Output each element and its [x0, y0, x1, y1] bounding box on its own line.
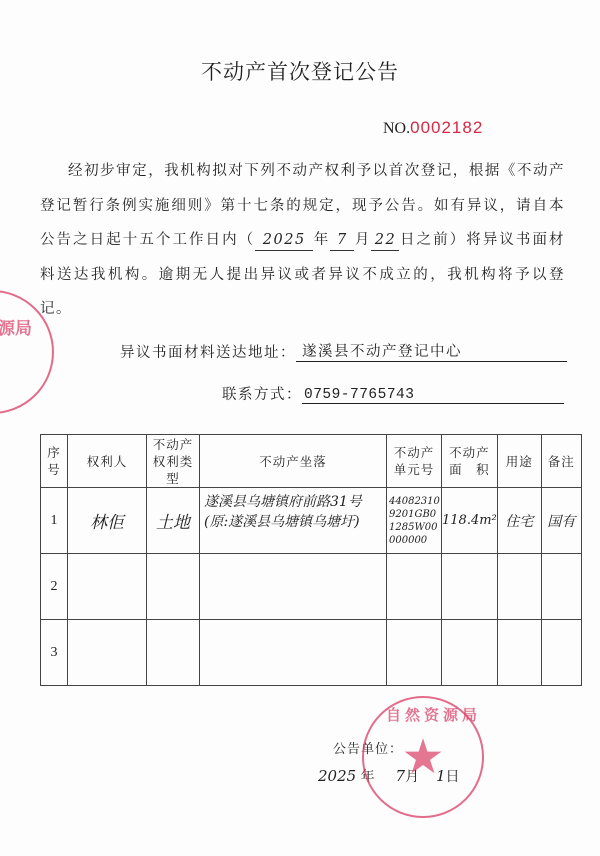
issue-month: 7: [396, 767, 406, 785]
official-seal-bottom: ★ 自然资源局: [362, 696, 484, 818]
cell-remarks: [541, 554, 581, 620]
cell-usage: 住宅: [497, 488, 541, 554]
header-location: 不动产坐落: [200, 435, 387, 488]
header-remarks: 备注: [541, 435, 581, 488]
header-unit-1: 不动产: [394, 445, 435, 460]
objection-address-value: 遂溪县不动产登记中心: [296, 340, 567, 362]
cell-usage: [497, 620, 541, 686]
location-line-2: (原:遂溪县乌塘镇乌塘圩): [200, 512, 386, 532]
month-label: 月: [354, 232, 371, 248]
cell-remarks: [541, 620, 581, 686]
deadline-day: 22: [371, 230, 399, 251]
header-area: 不动产面 积: [442, 435, 498, 488]
contact-label: 联系方式：: [222, 383, 302, 404]
issue-day-label: 日: [446, 769, 460, 785]
serial-value: 0002182: [410, 118, 483, 137]
cell-index: 3: [41, 620, 68, 686]
header-unit-2: 单元号: [394, 462, 435, 477]
header-right-type: 不动产权利类型: [147, 435, 200, 488]
seal-bottom-text: 自然资源局: [386, 704, 481, 725]
header-right-type-1: 不动产: [153, 437, 194, 452]
cell-usage: [497, 554, 541, 620]
cell-index: 1: [41, 488, 68, 554]
cell-holder: 林佢: [68, 488, 147, 554]
table-row: 1 林佢 土地 遂溪县乌塘镇府前路31号 (原:遂溪县乌塘镇乌塘圩) 44082…: [41, 488, 582, 554]
unit-number-value: 440823109201GB01285W00000000: [387, 495, 441, 547]
cell-right-type: 土地: [147, 488, 200, 554]
cell-unit-number: 440823109201GB01285W00000000: [387, 488, 442, 554]
issue-year-label: 年: [361, 769, 375, 785]
cell-area: [442, 620, 498, 686]
cell-area: [442, 554, 498, 620]
seal-left-text: 资源局: [0, 314, 32, 339]
header-holder: 权利人: [68, 435, 147, 488]
contact-phone: 0759-7765743: [302, 387, 564, 404]
header-area-1: 不动产: [449, 445, 490, 460]
deadline-month: 7: [330, 230, 354, 251]
cell-remarks: 国有: [541, 488, 581, 554]
page-title: 不动产首次登记公告: [0, 56, 600, 86]
issue-month-label: 月: [405, 769, 419, 785]
location-line-1: 遂溪县乌塘镇府前路31号: [200, 492, 386, 512]
deadline-year: 2025: [255, 230, 313, 251]
issue-date: 2025 年 7月 1日: [318, 766, 460, 786]
header-usage: 用途: [497, 435, 541, 488]
cell-index: 2: [41, 554, 68, 620]
cell-unit-number: [387, 554, 442, 620]
contact-info: 联系方式： 0759-7765743: [222, 383, 564, 404]
table-row: 3: [41, 620, 582, 686]
cell-holder: [68, 554, 147, 620]
issue-day: 1: [436, 767, 446, 785]
header-area-2: 面 积: [449, 462, 490, 477]
cell-right-type: [147, 620, 200, 686]
header-index: 序号: [41, 435, 68, 488]
cell-location: [200, 554, 387, 620]
cell-unit-number: [387, 620, 442, 686]
table-header-row: 序号 权利人 不动产权利类型 不动产坐落 不动产单元号 不动产面 积 用途 备注: [41, 435, 582, 488]
cell-location: 遂溪县乌塘镇府前路31号 (原:遂溪县乌塘镇乌塘圩): [200, 488, 387, 554]
cell-holder: [68, 620, 147, 686]
objection-address: 异议书面材料送达地址： 遂溪县不动产登记中心: [120, 340, 567, 362]
header-right-type-2: 权利类型: [153, 454, 194, 486]
cell-location: [200, 620, 387, 686]
cell-right-type: [147, 554, 200, 620]
cell-area: 118.4m²: [442, 488, 498, 554]
issuer-label: 公告单位：: [333, 738, 403, 757]
header-unit-number: 不动产单元号: [387, 435, 442, 488]
table-row: 2: [41, 554, 582, 620]
year-label: 年: [313, 232, 330, 248]
objection-address-label: 异议书面材料送达地址：: [120, 341, 296, 362]
serial-prefix: NO.: [383, 120, 410, 137]
registration-table: 序号 权利人 不动产权利类型 不动产坐落 不动产单元号 不动产面 积 用途 备注…: [40, 434, 582, 686]
announcement-paragraph: 经初步审定，我机构拟对下列不动产权利予以首次登记，根据《不动产登记暂行条例实施细…: [40, 154, 565, 327]
serial-number: NO.0002182: [383, 118, 483, 138]
issue-year: 2025: [318, 767, 356, 785]
